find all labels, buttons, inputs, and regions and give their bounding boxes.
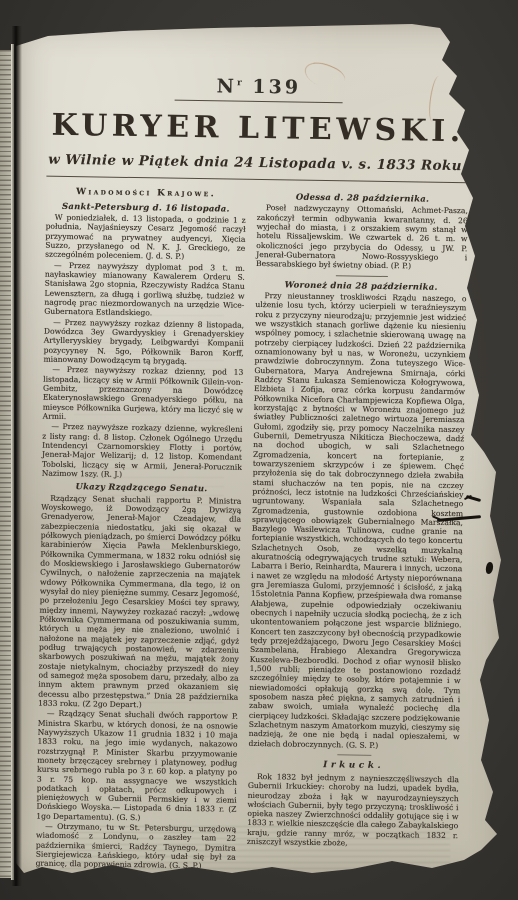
rule-under-masthead [46,176,468,184]
masthead: Nr 139 KURYER LITEWSKI. w Wilnie w Piąte… [46,73,470,184]
newspaper-sheet: Nr 139 KURYER LITEWSKI. w Wilnie w Piąte… [14,20,506,882]
news-paragraph: Poseł nadzwyczayny Ottomański, Achmet-Pa… [256,203,468,272]
news-paragraph: Przy nieustanney troskliwości Rządu nasz… [248,291,466,751]
news-paragraph: W poniedziałek, d. 13 listopada, o godzi… [45,213,246,263]
section-divider-rule [337,754,371,756]
reverse-side-showthrough [74,270,224,770]
dateline-woronez: Woroneż dnia 28 października. [256,279,467,293]
section-divider-rule [335,275,387,277]
scanned-newspaper-photo: Nr 139 KURYER LITEWSKI. w Wilnie w Piąte… [0,0,518,900]
section-heading-wiadomosci-krajowe: Wiadomości Krajowe. [46,187,246,201]
right-column: Odessa d. 28 października. Poseł nadzwyc… [246,188,468,882]
binding-gutter-shadow [12,26,22,886]
newspaper-title: KURYER LITEWSKI. [47,108,469,150]
dateline-sankt-petersburg: Sankt-Petersburg d. 16 listopada. [46,200,246,213]
dateline-odessa: Odessa d. 28 października. [257,191,468,205]
rule-under-issue-number [175,100,343,104]
issue-number: Nr 139 [48,73,470,102]
subheading-irkuck: Irkuck. [248,759,459,773]
masthead-dateline: w Wilnie w Piątek dnia 24 Listopada v. s… [47,152,469,175]
reverse-side-showthrough [60,826,450,872]
end-of-column-rule [104,878,166,880]
